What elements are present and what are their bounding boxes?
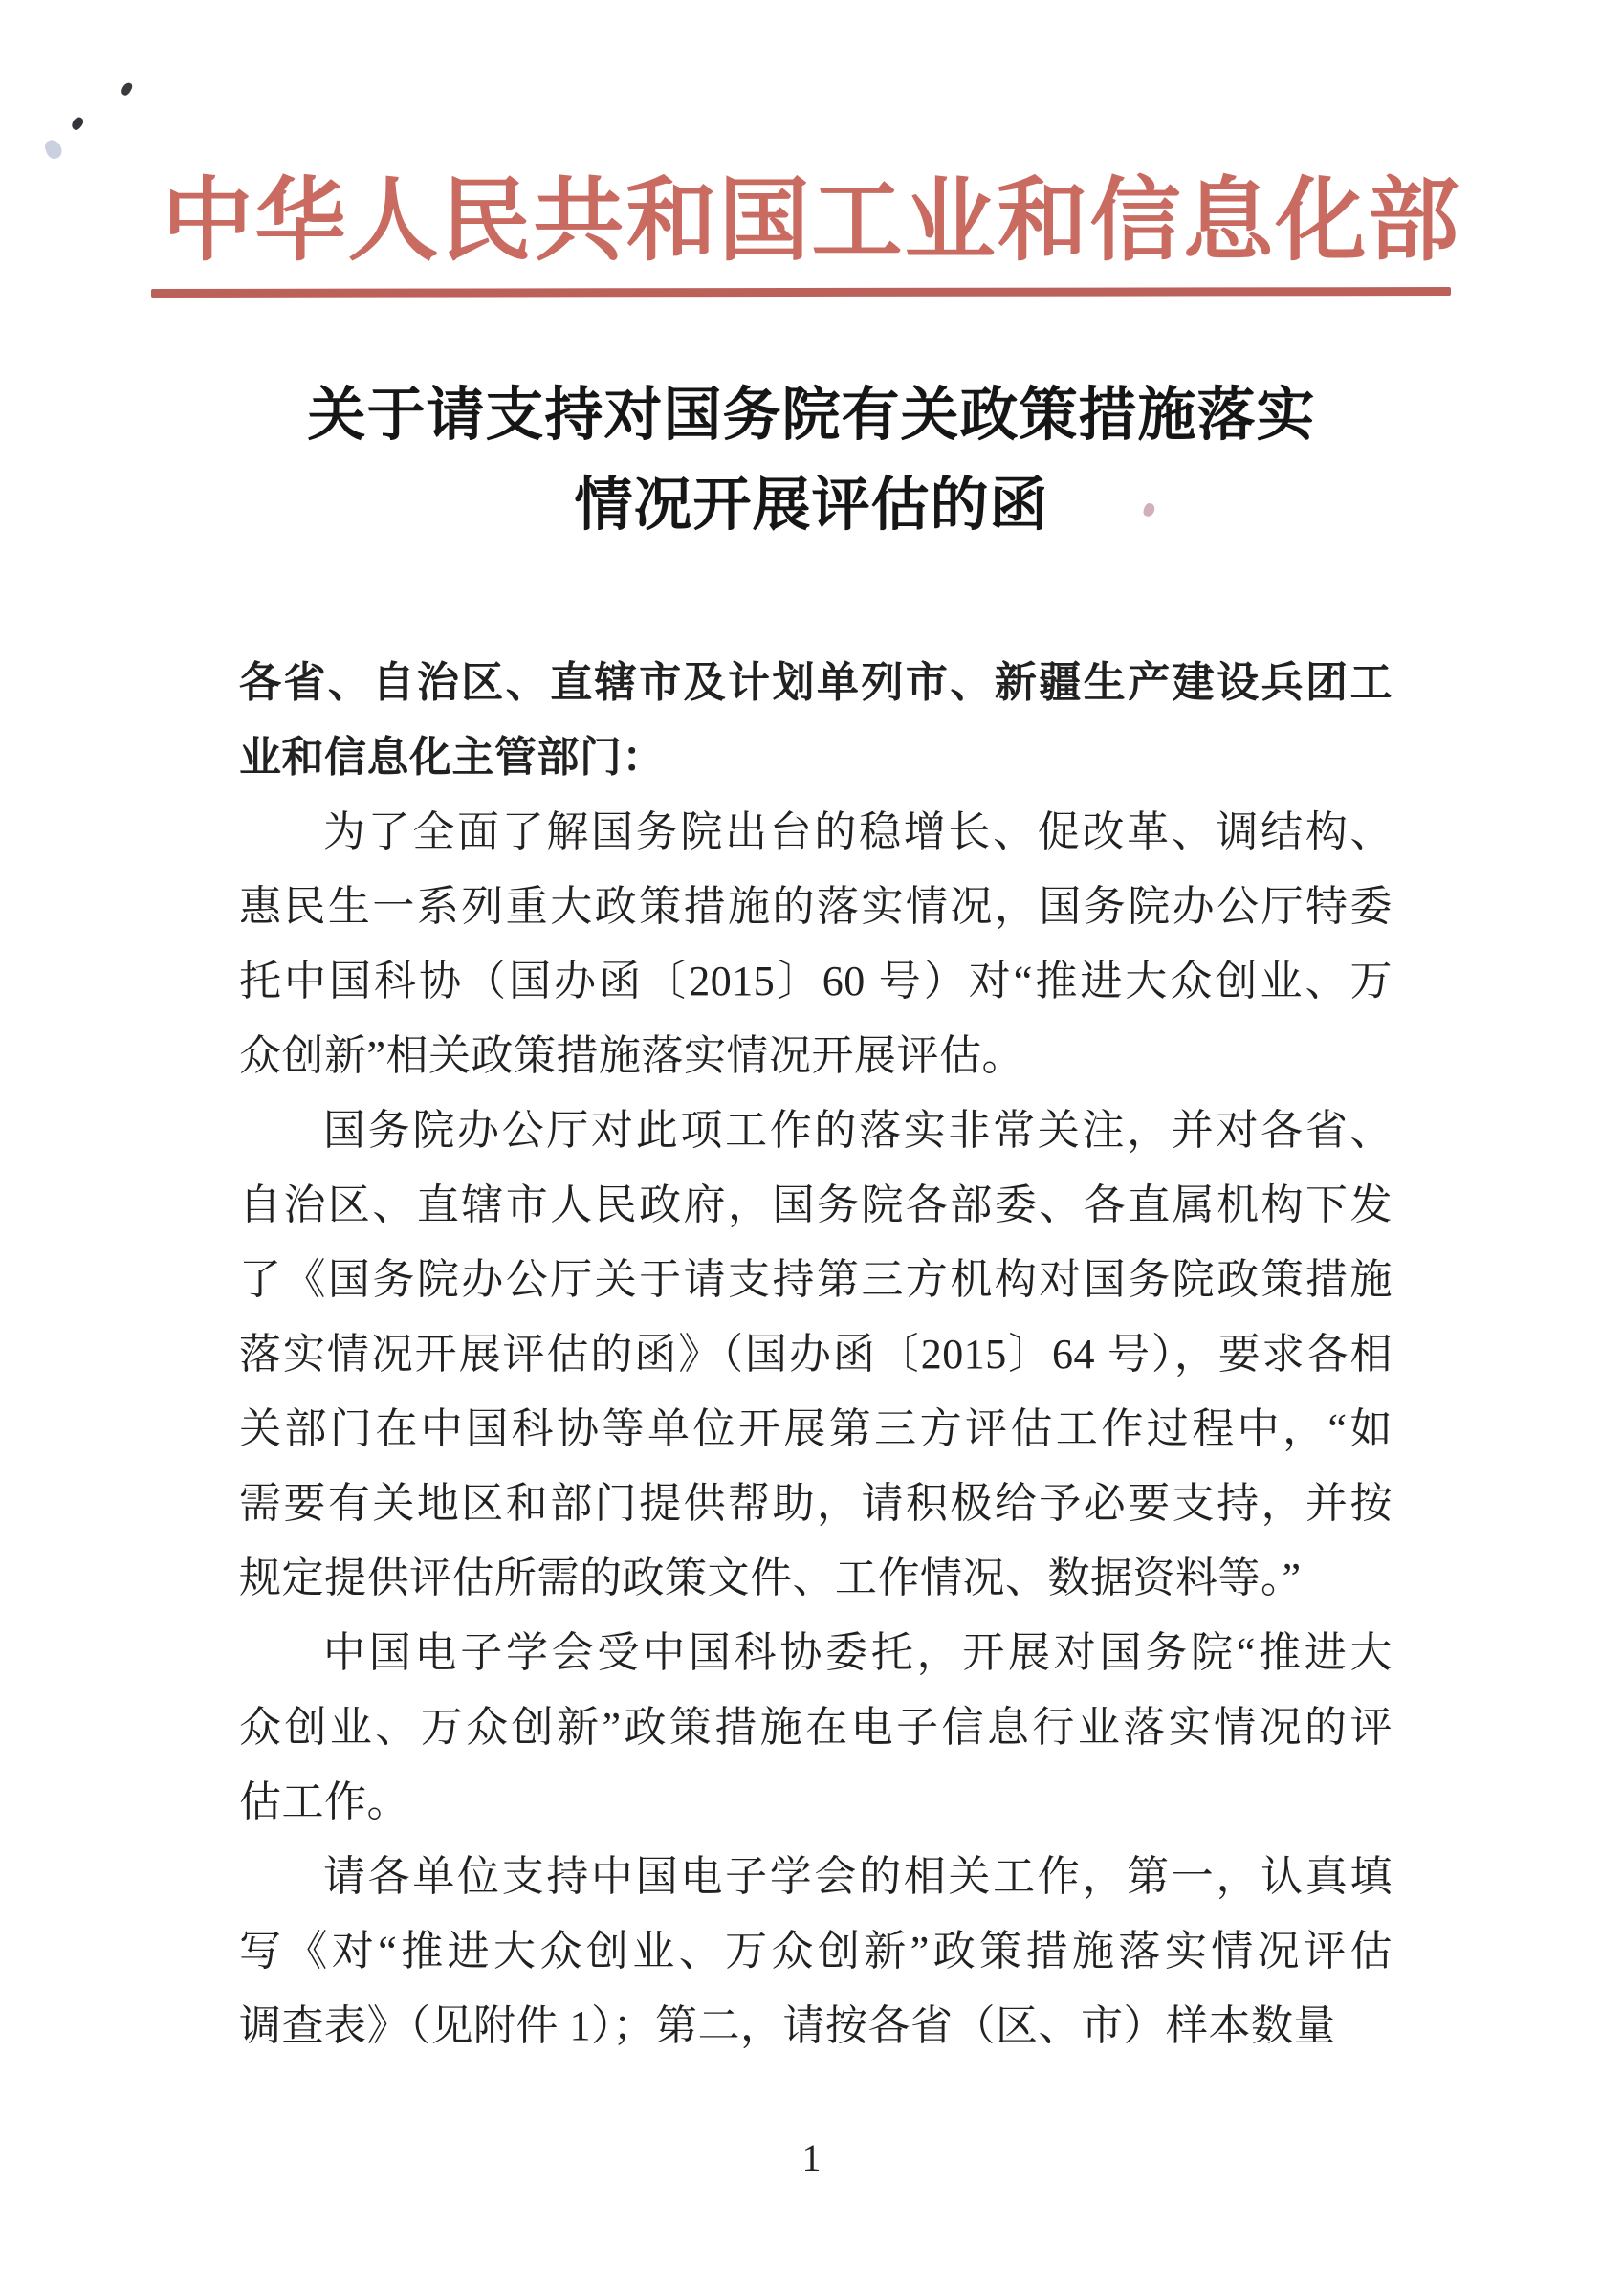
- body-text-line: 写《对“推进大众创业、万众创新”政策措施落实情况评估: [239, 1914, 1393, 1989]
- body-text-line: 调查表》（见附件 1）；第二，请按各省（区、市）样本数量: [239, 1989, 1393, 2064]
- letterhead-title: 中华人民共和国工业和信息化部: [0, 168, 1623, 274]
- body-text-line: 惠民生一系列重大政策措施的落实情况，国务院办公厅特委: [239, 870, 1393, 944]
- body-text-line: 各省、自治区、直辖市及计划单列市、新疆生产建设兵团工: [239, 646, 1393, 720]
- document-body: 各省、自治区、直辖市及计划单列市、新疆生产建设兵团工业和信息化主管部门：为了全面…: [239, 646, 1393, 2064]
- body-text-line: 了《国务院办公厅关于请支持第三方机构对国务院政策措施: [239, 1243, 1393, 1317]
- body-text-line: 托中国科协（国办函〔2015〕60 号）对“推进大众创业、万: [239, 944, 1393, 1019]
- body-text-line: 众创新”相关政策措施落实情况开展评估。: [239, 1019, 1393, 1093]
- body-text-line: 国务院办公厅对此项工作的落实非常关注，并对各省、: [239, 1093, 1393, 1168]
- body-text-line: 请各单位支持中国电子学会的相关工作，第一，认真填: [239, 1840, 1393, 1914]
- scan-speck-2: [70, 115, 86, 131]
- body-text-line: 业和信息化主管部门：: [239, 720, 1393, 795]
- body-text-line: 估工作。: [239, 1765, 1393, 1840]
- body-text-line: 自治区、直辖市人民政府，国务院各部委、各直属机构下发: [239, 1168, 1393, 1243]
- scan-speck-3: [43, 138, 64, 161]
- page-number: 1: [0, 2135, 1623, 2180]
- scan-speck-1: [120, 81, 134, 98]
- body-text-line: 中国电子学会受中国科协委托，开展对国务院“推进大: [239, 1616, 1393, 1690]
- body-text-line: 关部门在中国科协等单位开展第三方评估工作过程中，“如: [239, 1392, 1393, 1467]
- body-text-line: 落实情况开展评估的函》（国办函〔2015〕64 号），要求各相: [239, 1317, 1393, 1392]
- letterhead-divider: [151, 287, 1451, 298]
- document-title: 关于请支持对国务院有关政策措施落实 情况开展评估的函: [0, 371, 1623, 551]
- document-title-line-2: 情况开展评估的函: [0, 461, 1623, 551]
- body-text-line: 需要有关地区和部门提供帮助，请积极给予必要支持，并按: [239, 1467, 1393, 1541]
- document-page: 中华人民共和国工业和信息化部 关于请支持对国务院有关政策措施落实 情况开展评估的…: [0, 0, 1623, 2296]
- document-title-line-1: 关于请支持对国务院有关政策措施落实: [0, 371, 1623, 461]
- body-text-line: 众创业、万众创新”政策措施在电子信息行业落实情况的评: [239, 1690, 1393, 1765]
- body-text-line: 为了全面了解国务院出台的稳增长、促改革、调结构、: [239, 795, 1393, 870]
- body-text-line: 规定提供评估所需的政策文件、工作情况、数据资料等。”: [239, 1541, 1393, 1616]
